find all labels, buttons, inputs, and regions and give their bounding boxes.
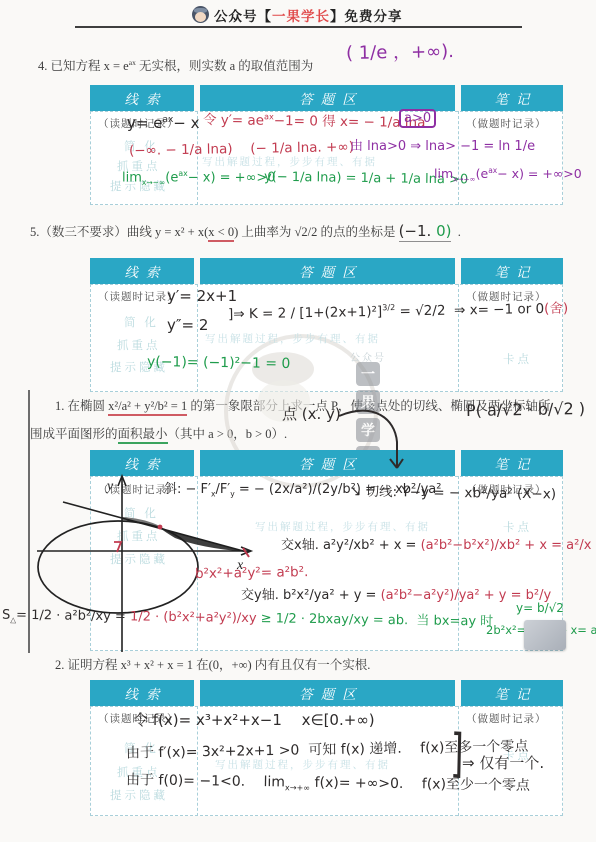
note-hint: 卡点 [503, 519, 532, 535]
handwriting-line: y= eax− x [127, 116, 200, 132]
clue-hint: 简 化 [124, 314, 159, 330]
scanned-worksheet-page: 公众号【一果学长】免费分享 公众号 一 果 学 长 4. 已知方程 x = ea… [0, 0, 596, 842]
column-header-note: 笔记 [461, 450, 563, 476]
handwriting-line: 交x轴. a²y²/xb² + x = (a²b²−b²x²)/xb² + x … [281, 539, 591, 553]
figure-y-label: y [105, 479, 114, 494]
header-prefix: 公众号【 [214, 9, 272, 24]
handwriting-line: 由 lna>0 ⇒ lna> −1 = ln 1/e [350, 140, 535, 154]
handwriting-line: 令 y′= aeax−1= 0 得 x= − 1/a lna [203, 111, 426, 130]
page-header-title: 公众号【一果学长】免费分享 [214, 5, 403, 25]
watermark-vertical-char: 一 [356, 362, 380, 386]
answer-area-watermark: 写出解题过程，步步有理、有据 [205, 331, 380, 346]
column-header-note: 笔记 [461, 680, 563, 706]
column-header-answer: 答题区 [200, 258, 455, 284]
handwriting-line: y″= 2 [167, 318, 208, 334]
handwriting-line: ⇒ 仅有一个. [462, 756, 544, 772]
handwriting-line: y(−1)= (−1)²−1 = 0 [147, 355, 291, 372]
question-5-text: 5.（数三不要求）曲线 y = x² + x(x < 0) 上曲率为 √2/2 … [30, 222, 461, 240]
table2-header: 线索 答题区 笔记 [90, 258, 563, 284]
column-header-note: 笔记 [461, 85, 563, 111]
handwriting-point-label: 点 (x. y) [282, 407, 341, 423]
avatar-face [195, 12, 206, 22]
note-column-label: （做题时记录） [466, 711, 547, 726]
handwriting-line: (−∞. − 1/a lna) (− 1/a lna. +∞) [129, 140, 354, 158]
column-header-clue: 线索 [90, 680, 194, 706]
column-header-clue: 线索 [90, 258, 194, 284]
table2-separator [458, 284, 459, 392]
handwriting-line: limx→−∞(eax− x) = +∞>0 [122, 170, 276, 187]
handwriting-line: y′= 2x+1 [167, 289, 237, 305]
gray-overlay-box [524, 620, 566, 650]
note-column-label: （做题时记录） [466, 116, 547, 131]
header-divider [75, 26, 522, 28]
header-suffix: 】免费分享 [330, 9, 403, 24]
handwriting-line: ↘ 切线: Y−y = − xb²/ya² (X−x) [350, 485, 556, 502]
column-header-answer: 答题区 [200, 85, 455, 111]
question-4-answer-handwriting: ( 1/e ，+∞). [346, 43, 454, 64]
brand-avatar-icon [192, 6, 209, 23]
handwriting-line: b²x²+a²y²= a²b². [195, 565, 309, 581]
note-hint: 卡点 [503, 351, 532, 367]
clue-hint: 抓重点 [117, 337, 161, 353]
table1-separator [458, 111, 459, 205]
handwriting-line: limx→+∞(eax− x) = +∞>0 [434, 167, 582, 183]
table4-header: 线索 答题区 笔记 [90, 680, 563, 706]
handwriting-line: a>0 [399, 112, 436, 126]
question-4-text: 4. 已知方程 x = eax 无实根，则实数 a 的取值范围为 [38, 56, 313, 74]
answer-area-watermark: 写出解题过程，步步有理、有据 [255, 519, 430, 534]
column-header-clue: 线索 [90, 85, 194, 111]
column-header-answer: 答题区 [200, 680, 455, 706]
header-brand: 一果学长 [272, 9, 330, 24]
handwriting-line: y= b/√2 [516, 602, 564, 615]
table1-header: 线索 答题区 笔记 [90, 85, 563, 111]
handwriting-line: 令 f(x)= x³+x²+x−1 x∈[0.+∞) [133, 713, 375, 729]
column-header-note: 笔记 [461, 258, 563, 284]
handwriting-line: 交y轴. b²x²/ya² + y = (a²b²−a²y²)/ya² + y … [241, 589, 551, 603]
handwritten-arrow [333, 402, 413, 487]
handwriting-point-P: P( a/√2 · b/√2 ) [466, 401, 585, 420]
